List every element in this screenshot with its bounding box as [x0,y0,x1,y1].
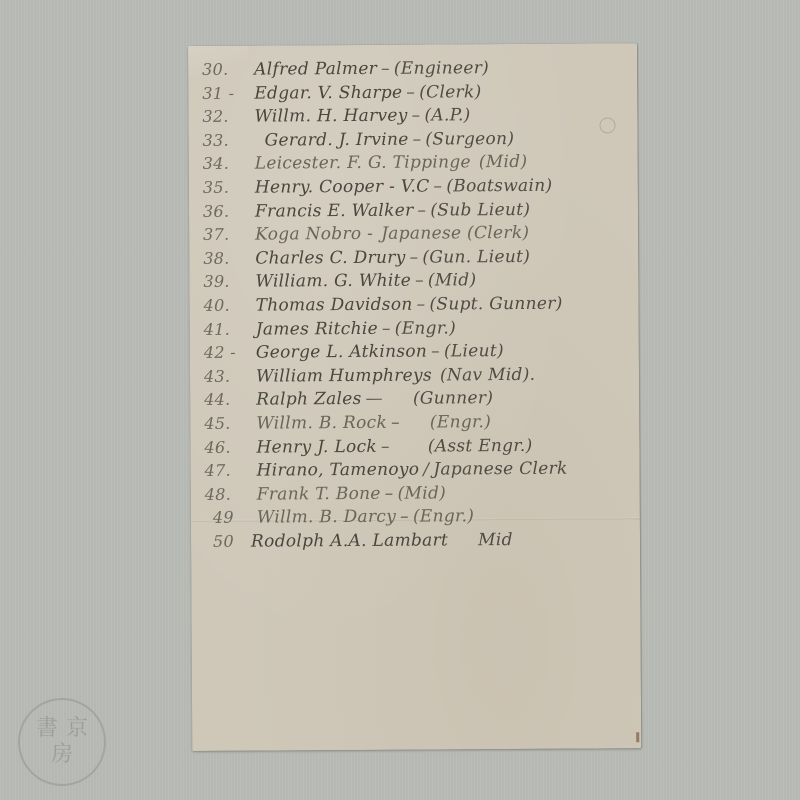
list-item: 32. Willm. H. Harvey – (A.P.) [202,105,627,131]
entry-number: 31 - [202,83,254,102]
seal-character: 房 [47,742,77,768]
list-item: 34. Leicester. F. G. Tippinge (Mid) [203,152,628,178]
list-item: 37. Koga Nobro - Japanese (Clerk) [203,222,628,248]
entry-role: Japanese (Clerk) [381,223,529,244]
name-list: 30. Alfred Palmer – (Engineer) 31 - Edga… [202,57,630,555]
entry-role: (Sub Lieut) [430,199,530,220]
entry-name: Frank T. Bone [257,484,381,505]
entry-role: (Clerk) [419,82,481,102]
entry-name: Henry J. Lock [256,436,377,457]
entry-number: 45. [204,413,256,432]
entry-role: (Lieut) [444,341,504,361]
entry-dash: – [431,342,440,362]
entry-number: 36. [203,201,255,220]
entry-dash: – [412,106,421,126]
entry-name: Willm. B. Rock [256,413,387,434]
entry-number: 34. [203,154,255,173]
entry-name: Thomas Davidson [256,295,413,316]
list-item: 48. Frank T. Bone – (Mid) [205,482,630,508]
entry-role: (Surgeon) [425,129,514,150]
entry-name: Gerard. J. Irvine [265,129,409,150]
list-item: 40. Thomas Davidson – (Supt. Gunner) [204,293,629,319]
entry-dash: – [385,483,394,503]
entry-name: Willm. H. Harvey [254,106,407,127]
entry-role: (Mid) [428,271,477,291]
entry-dash: – [410,247,419,267]
entry-number: 37. [203,225,255,244]
entry-dash: — [366,389,383,409]
entry-number: 30. [202,60,254,79]
entry-dash: – [406,82,415,102]
entry-name: Charles C. Drury [255,247,405,268]
entry-number: 35. [203,178,255,197]
entry-name: George L. Atkinson [256,342,427,363]
list-item: 44. Ralph Zales — (Gunner) [204,388,629,414]
entry-role: (Gunner) [413,388,493,408]
entry-dash: – [381,59,390,79]
entry-name: Ralph Zales [256,389,362,410]
entry-dash: – [415,271,424,291]
seal-character: 書 [32,716,62,742]
entry-name: Rodolph A.A. Lambart [251,530,448,551]
entry-role: (Engr.) [430,412,491,432]
list-item: 38. Charles C. Drury – (Gun. Lieut) [203,246,628,272]
entry-number: 33. [203,130,255,149]
handwritten-document: 30. Alfred Palmer – (Engineer) 31 - Edga… [188,43,641,751]
entry-number: 39. [203,272,255,291]
entry-name: Koga Nobro - [255,224,373,245]
list-item: 42 - George L. Atkinson – (Lieut) [204,340,629,366]
list-item: 49 Willm. B. Darcy – (Engr.) [205,506,630,532]
entry-number: 47. [205,461,257,480]
entry-dash: – [433,176,442,196]
seal-character: 京 [62,716,92,742]
entry-role: (Nav Mid). [440,365,536,386]
entry-number: 42 - [204,343,256,362]
entry-name: James Ritchie [256,318,378,339]
entry-number: 46. [204,437,256,456]
entry-role: (Supt. Gunner) [429,294,562,315]
entry-name: Leicester. F. G. Tippinge [255,153,471,174]
entry-number: 41. [204,319,256,338]
entry-name: Willm. B. Darcy [257,507,396,528]
entry-name: Francis E. Walker [255,200,414,221]
entry-dash: – [417,294,426,314]
entry-number: 43. [204,366,256,385]
list-item: 35. Henry. Cooper - V.C – (Boatswain) [203,175,628,201]
entry-role: (Asst Engr.) [428,435,533,456]
entry-dash: – [391,413,400,433]
list-item: 43. William Humphreys (Nav Mid). [204,364,629,390]
list-item: 45. Willm. B. Rock – (Engr.) [204,411,629,437]
entry-number: 40. [204,296,256,315]
entry-role: (Mid) [479,152,528,172]
entry-name: William Humphreys [256,365,432,386]
entry-dash: – [417,200,426,220]
entry-role: Japanese Clerk [433,459,567,480]
entry-role: (Boatswain) [446,176,552,197]
entry-role: (Engr.) [395,318,456,338]
entry-number: 44. [204,390,256,409]
watermark-seal: 書 京 房 [18,698,106,786]
entry-dash: – [382,318,391,338]
entry-dash: – [413,129,422,149]
entry-number: 38. [203,248,255,267]
list-item: 39. William. G. White – (Mid) [203,270,628,296]
entry-name: Hirano, Tamenoyo [257,460,420,481]
list-item: 50 Rodolph A.A. Lambart Mid [205,529,630,555]
entry-role: Mid [478,530,513,550]
list-item: 46. Henry J. Lock – (Asst Engr.) [204,435,629,461]
entry-name: Edgar. V. Sharpe [254,82,402,103]
list-item: 31 - Edgar. V. Sharpe – (Clerk) [202,81,627,107]
entry-role: (A.P.) [424,105,470,125]
list-item: 41. James Ritchie – (Engr.) [204,317,629,343]
entry-role: (Gun. Lieut) [422,247,530,268]
edge-stain [636,732,639,742]
entry-name: Alfred Palmer [254,59,377,80]
list-item: 47. Hirano, Tamenoyo / Japanese Clerk [205,458,630,484]
entry-number: 48. [205,484,257,503]
entry-dash: – [381,436,390,456]
entry-dash: – [400,507,409,527]
list-item: 30. Alfred Palmer – (Engineer) [202,57,627,83]
entry-number: 32. [202,107,254,126]
entry-name: William. G. White [255,271,411,292]
entry-role: (Mid) [397,483,446,503]
entry-role: (Engineer) [394,58,489,79]
entry-dash: / [423,460,429,480]
entry-name: Henry. Cooper - V.C [255,176,430,197]
list-item: 36. Francis E. Walker – (Sub Lieut) [203,199,628,225]
entry-role: (Engr.) [413,507,474,527]
list-item: 33. Gerard. J. Irvine – (Surgeon) [203,128,628,154]
